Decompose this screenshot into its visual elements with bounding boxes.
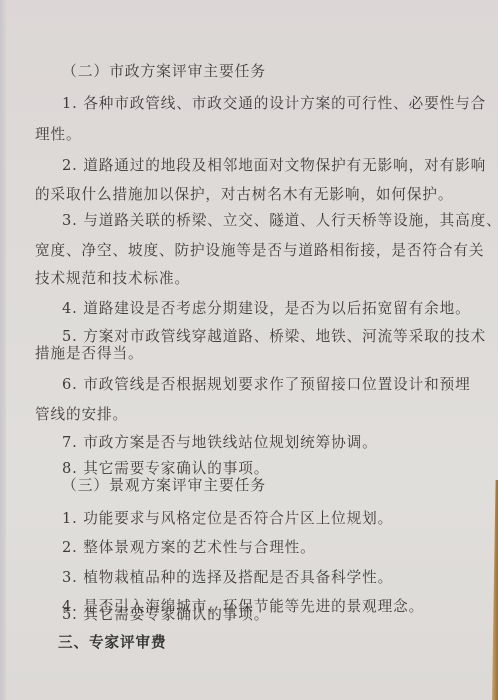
municipal-item-1-line-2: 理性。	[35, 126, 81, 144]
municipal-item-4-line-1: 4. 道路建设是否考虑分期建设，是否为以后拓宽留有余地。	[62, 300, 471, 318]
landscape-item-1: 1. 功能要求与风格定位是否符合片区上位规划。	[62, 510, 393, 528]
landscape-item-5: 5. 其它需要专家确认的事项。	[62, 606, 269, 624]
page-content: （二）市政方案评审主要任务 1. 各种市政管线、市政交通的设计方案的可行性、必要…	[0, 0, 498, 700]
municipal-item-1-line-1: 1. 各种市政管线、市政交通的设计方案的可行性、必要性与合	[62, 95, 486, 113]
document-page: （二）市政方案评审主要任务 1. 各种市政管线、市政交通的设计方案的可行性、必要…	[0, 0, 498, 700]
municipal-item-3-line-2: 宽度、净空、坡度、防护设施等是否与道路相衔接，是否符合有关	[35, 242, 484, 260]
municipal-item-8-line-1: 8. 其它需要专家确认的事项。	[62, 460, 269, 478]
landscape-item-2: 2. 整体景观方案的艺术性与合理性。	[62, 539, 316, 557]
subsection-title-municipal: （二）市政方案评审主要任务	[62, 63, 266, 81]
municipal-item-2-line-2: 的采取什么措施加以保护，对古树名木有无影响，如何保护。	[35, 186, 453, 204]
municipal-item-6-line-1: 6. 市政管线是否根据规划要求作了预留接口位置设计和预埋	[62, 376, 471, 394]
municipal-item-2-line-1: 2. 道路通过的地段及相邻地面对文物保护有无影响，对有影响	[62, 157, 486, 175]
landscape-item-3: 3. 植物栽植品种的选择及搭配是否具备科学性。	[62, 569, 393, 587]
municipal-item-5-line-1: 5. 方案对市政管线穿越道路、桥梁、地铁、河流等采取的技术	[62, 328, 486, 346]
municipal-item-5-line-2: 措施是否得当。	[35, 345, 143, 363]
municipal-item-7-line-1: 7. 市政方案是否与地铁线站位规划统筹协调。	[62, 434, 378, 452]
section-title-expert-fee: 三、专家评审费	[58, 634, 166, 652]
subsection-title-landscape: （三）景观方案评审主要任务	[62, 477, 266, 495]
municipal-item-3-line-3: 技术规范和技术标准。	[35, 270, 190, 288]
municipal-item-6-line-2: 管线的安排。	[35, 406, 128, 424]
municipal-item-3-line-1: 3. 与道路关联的桥梁、立交、隧道、人行天桥等设施，其高度、	[62, 212, 498, 230]
